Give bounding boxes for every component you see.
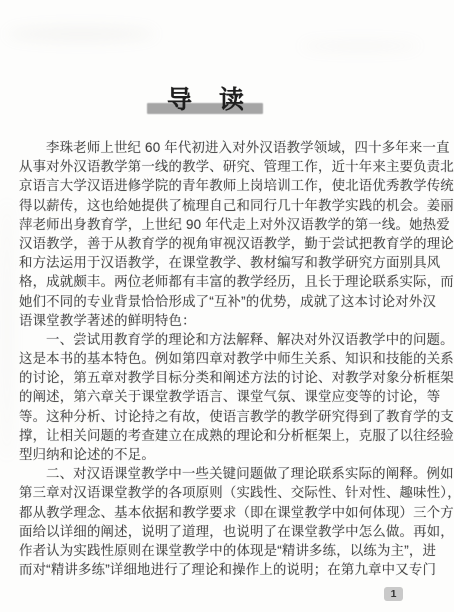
text-line: 李珠老师上世纪 60 年代初进入对外汉语教学领域，四十多年来一直 [19,138,440,157]
text-line: 撑，让相关问题的考查建立在成熟的理论和分析框架上，克服了以往经验 [19,426,440,445]
text-line: 第三章对汉语课堂教学的各项原则（实践性、交际性、针对性、趣味性）， [19,483,440,502]
page-title: 导 读 [167,80,245,116]
scanned-book-page: 导 读 李珠老师上世纪 60 年代初进入对外汉语教学领域，四十多年来一直 从事对… [0,0,454,612]
text-line: 格，成就颇丰。两位老师都有丰富的教学经历，且长于理论联系实际，而 [19,272,440,291]
text-line: 面给以详细的阐述，说明了道理，也说明了在课堂教学中怎么做。再如， [19,522,440,541]
text-line: 和方法运用于汉语教学，在课堂教学、教材编写和教学研究方面别具风 [19,253,440,272]
scan-artifact [6,26,156,42]
body-text: 李珠老师上世纪 60 年代初进入对外汉语教学领域，四十多年来一直 从事对外汉语教… [19,138,440,579]
text-line: 等。这种分析、讨论持之有故，使语言教学的教学研究得到了教育学的支 [19,407,440,426]
text-line: 的阐述，第六章关于课堂教学语言、课堂气氛、课堂应变等的讨论，等 [19,387,440,406]
text-line: 京语言大学汉语进修学院的青年教师上岗培训工作，使北语优秀教学传统 [19,176,440,195]
text-line: 作者认为实践性原则在课堂教学中的体现是“精讲多练，以练为主”，进 [19,541,440,560]
chapter-title-block: 导 读 [146,80,266,116]
text-line: 她们不同的专业背景恰恰形成了“互补”的优势，成就了这本讨论对外汉 [19,292,440,311]
text-line: 而对“精讲多练”详细地进行了理论和操作上的说明；在第九章中又专门 [19,560,440,579]
text-line: 得以薪传，这也给她提供了梳理自己和同行几十年教学实践的机会。姜丽 [19,196,440,215]
page-number: 1 [391,588,397,600]
text-line: 从事对外汉语教学第一线的教学、研究、管理工作，近十年来主要负责北 [19,157,440,176]
page-number-badge: 1 [384,587,403,601]
text-line: 这是本书的基本特色。例如第四章对教学中师生关系、知识和技能的关系 [19,349,440,368]
text-line: 汉语教学，善于从教育学的视角审视汉语教学，勤于尝试把教育学的理论 [19,234,440,253]
text-line: 萍老师出身教育学，上世纪 90 年代走上对外汉语教学的第一线。她热爱 [19,215,440,234]
scan-artifact [300,40,420,52]
text-line: 都从教学理念、基本依据和教学要求（即在课堂教学中如何体现）三个方 [19,503,440,522]
text-line: 的讨论，第五章对教学目标分类和阐述方法的讨论、对教学对象分析框架 [19,368,440,387]
scan-artifact [2,200,12,460]
text-line: 语课堂教学著述的鲜明特色： [19,311,440,330]
text-line: 二、对汉语课堂教学中一些关键问题做了理论联系实际的阐释。例如 [19,464,440,483]
text-line: 型归纳和论述的不足。 [19,445,440,464]
text-line: 一、尝试用教育学的理论和方法解释、解决对外汉语教学中的问题。 [19,330,440,349]
